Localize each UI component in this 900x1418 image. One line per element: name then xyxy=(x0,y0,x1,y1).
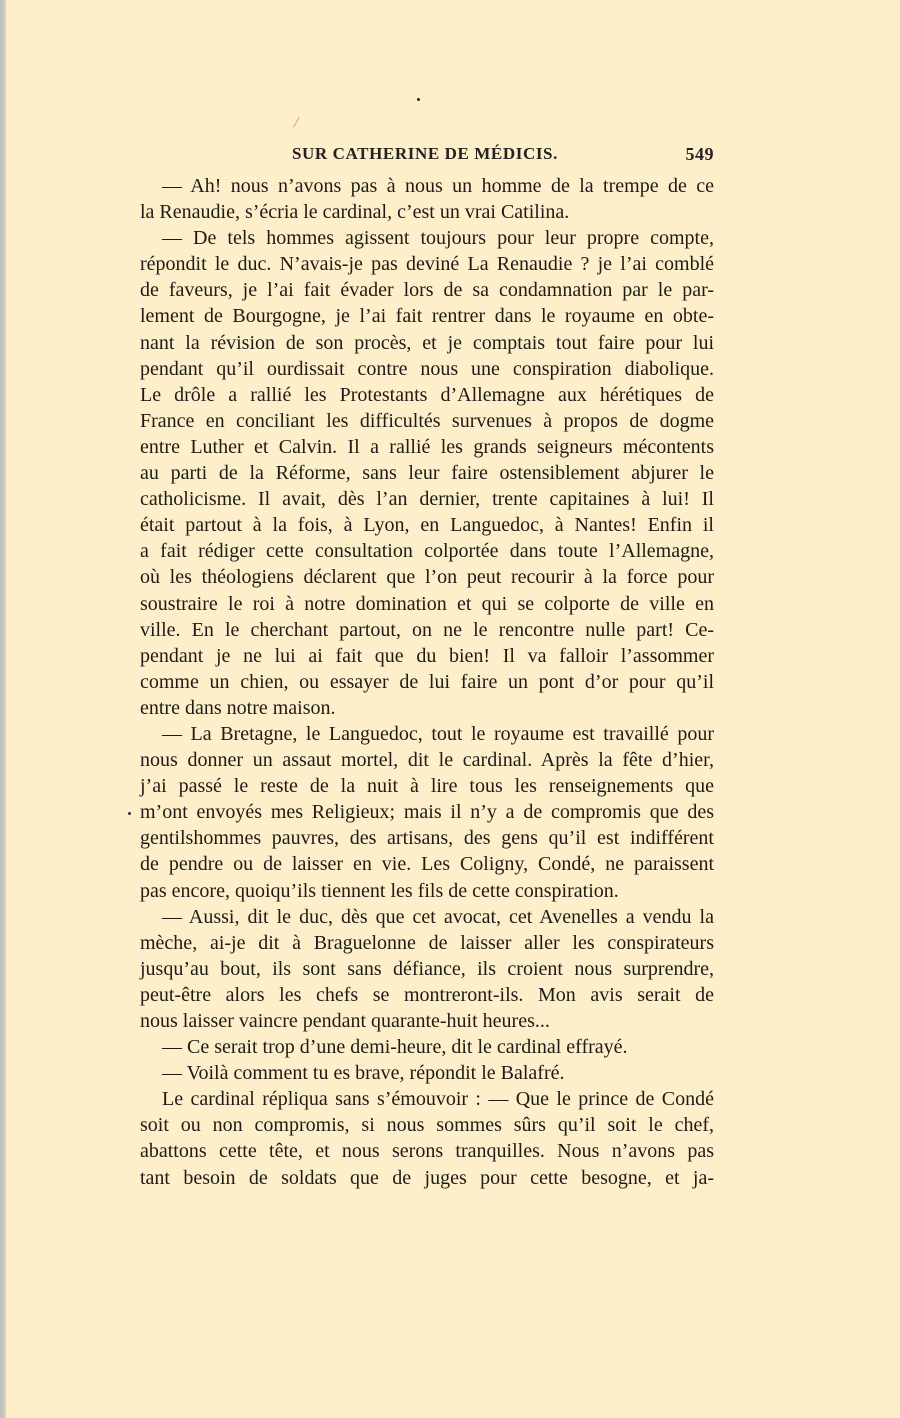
text-line: peut-être alors les chefs se montreront-… xyxy=(140,982,714,1008)
text-line: soustraire le roi à notre domination et … xyxy=(140,591,714,617)
text-line: nant la révision de son procès, et je co… xyxy=(140,330,714,356)
text-line: mèche, ai-je dit à Braguelonne de laisse… xyxy=(140,930,714,956)
text-line: j’ai passé le reste de la nuit à lire to… xyxy=(140,773,714,799)
body-text: — Ah! nous n’avons pas à nous un homme d… xyxy=(140,173,714,1191)
text-line: pendant je ne lui ai fait que du bien! I… xyxy=(140,643,714,669)
text-line: Le cardinal répliqua sans s’émouvoir : —… xyxy=(140,1086,714,1112)
ink-speck xyxy=(417,98,420,101)
text-line: m’ont envoyés mes Religieux; mais il n’y… xyxy=(140,799,714,825)
text-line: entre dans notre maison. xyxy=(140,695,714,721)
text-line: abattons cette tête, et nous serons tran… xyxy=(140,1138,714,1164)
text-line: de pendre ou de laisser en vie. Les Coli… xyxy=(140,851,714,877)
text-line: répondit le duc. N’avais-je pas deviné L… xyxy=(140,251,714,277)
text-line: la Renaudie, s’écria le cardinal, c’est … xyxy=(140,199,714,225)
text-line: — De tels hommes agissent toujours pour … xyxy=(140,225,714,251)
ink-speck-margin xyxy=(128,812,131,815)
text-line: — Voilà comment tu es brave, répondit le… xyxy=(140,1060,714,1086)
text-line: soit ou non compromis, si nous sommes sû… xyxy=(140,1112,714,1138)
text-line: de faveurs, je l’ai fait évader lors de … xyxy=(140,277,714,303)
text-line: lement de Bourgogne, je l’ai fait rentre… xyxy=(140,303,714,329)
text-line: au parti de la Réforme, sans leur faire … xyxy=(140,460,714,486)
text-line: ville. En le cherchant partout, on ne le… xyxy=(140,617,714,643)
text-line: tant besoin de soldats que de juges pour… xyxy=(140,1165,714,1191)
text-line: a fait rédiger cette consultation colpor… xyxy=(140,538,714,564)
running-head-title: SUR CATHERINE DE MÉDICIS. xyxy=(292,144,558,164)
text-line: France en conciliant les difficultés sur… xyxy=(140,408,714,434)
text-line: — La Bretagne, le Languedoc, tout le roy… xyxy=(140,721,714,747)
text-line: nous donner un assaut mortel, dit le car… xyxy=(140,747,714,773)
text-line: où les théologiens déclarent que l’on pe… xyxy=(140,564,714,590)
text-line: entre Luther et Calvin. Il a rallié les … xyxy=(140,434,714,460)
text-line: — Ce serait trop d’une demi-heure, dit l… xyxy=(140,1034,714,1060)
text-line: comme un chien, ou essayer de lui faire … xyxy=(140,669,714,695)
text-line: nous laisser vaincre pendant quarante-hu… xyxy=(140,1008,714,1034)
text-line: catholicisme. Il avait, dès l’an dernier… xyxy=(140,486,714,512)
running-head: SUR CATHERINE DE MÉDICIS. 549 xyxy=(292,144,714,168)
text-line: était partout à la fois, à Lyon, en Lang… xyxy=(140,512,714,538)
text-line: — Aussi, dit le duc, dès que cet avocat,… xyxy=(140,904,714,930)
text-line: jusqu’au bout, ils sont sans défiance, i… xyxy=(140,956,714,982)
text-line: pas encore, quoiqu’ils tiennent les fils… xyxy=(140,878,714,904)
text-line: — Ah! nous n’avons pas à nous un homme d… xyxy=(140,173,714,199)
page-number: 549 xyxy=(686,144,715,165)
text-line: gentilshommes pauvres, des artisans, des… xyxy=(140,825,714,851)
text-line: pendant qu’il ourdissait contre nous une… xyxy=(140,356,714,382)
text-line: Le drôle a rallié les Protestants d’Alle… xyxy=(140,382,714,408)
